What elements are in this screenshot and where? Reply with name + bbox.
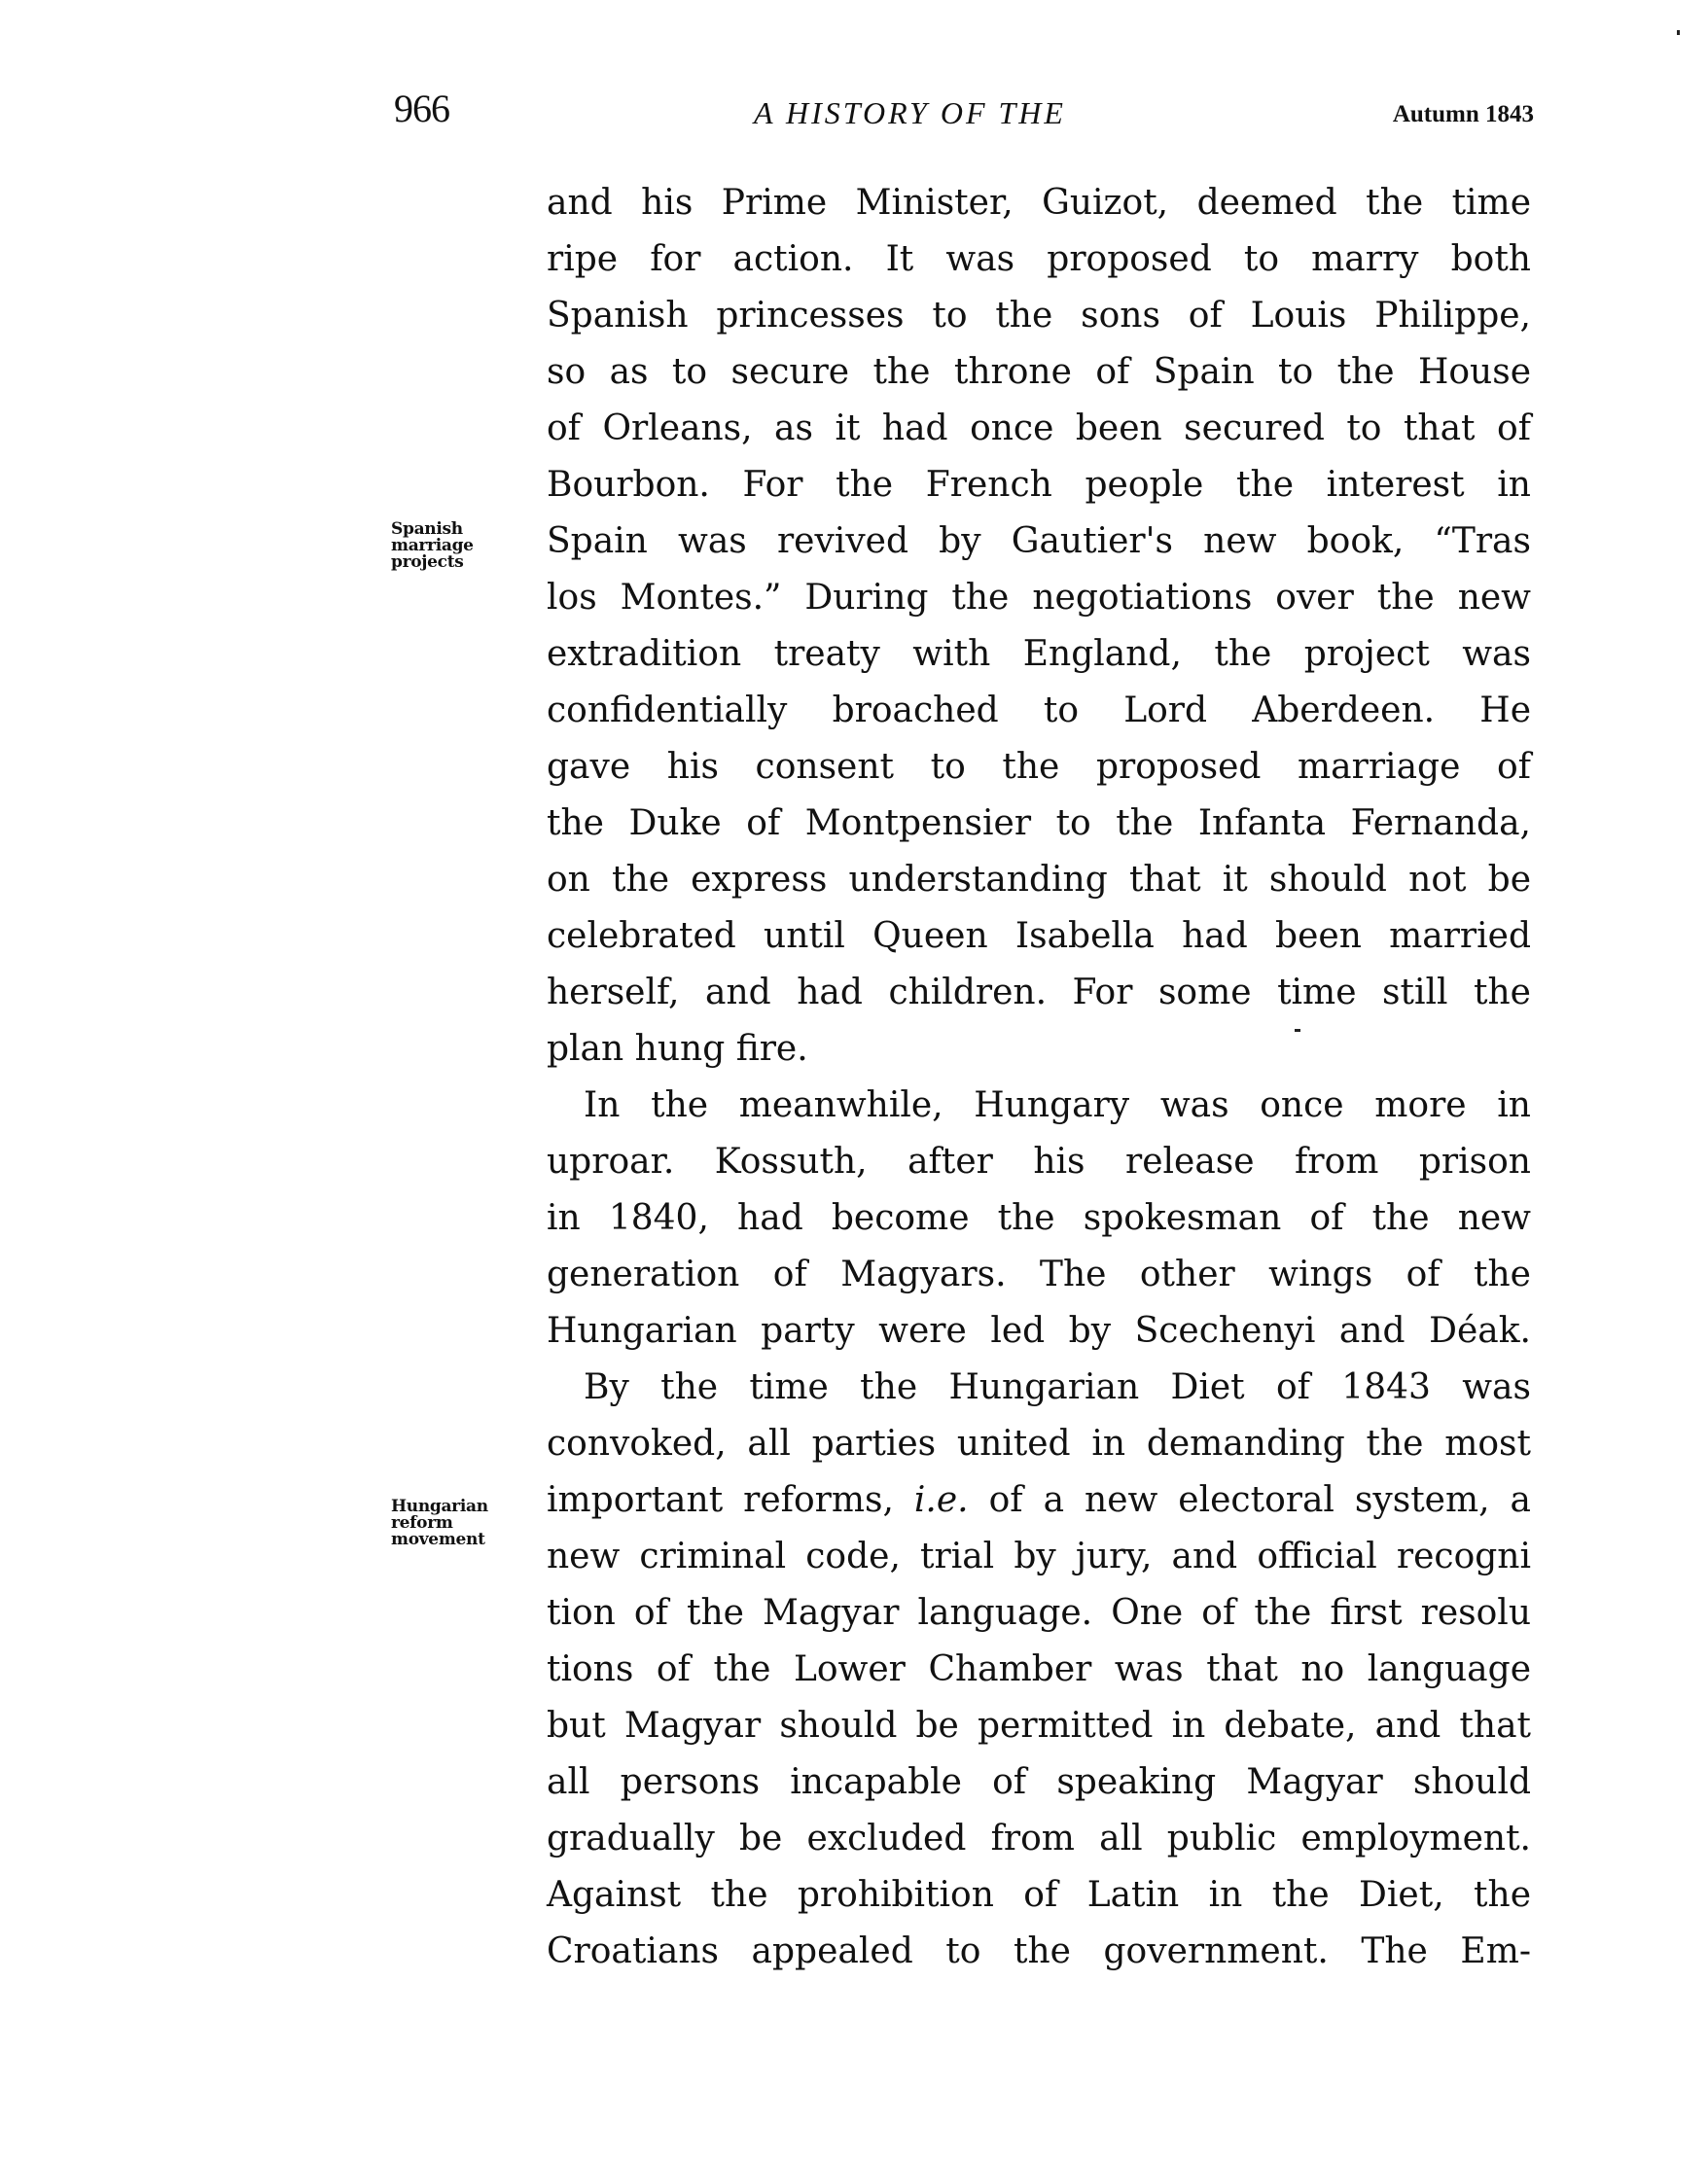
text-line: celebrated until Queen Isabella had been… xyxy=(547,908,1531,965)
running-date: Autumn 1843 xyxy=(1393,91,1534,138)
running-head: 966 A HISTORY OF THE Autumn 1843 xyxy=(394,86,1534,132)
text-line: Hungarian party were led by Scechenyi an… xyxy=(547,1303,1531,1360)
text-line: in 1840, had become the spokesman of the… xyxy=(547,1190,1531,1247)
text-line: on the express understanding that it sho… xyxy=(547,852,1531,908)
text-line: Spain was revived by Gautier's new book,… xyxy=(547,513,1531,570)
text-line: confidentially broached to Lord Aberdeen… xyxy=(547,683,1531,739)
text-line: Bourbon. For the French people the inter… xyxy=(547,457,1531,513)
text-line: ripe for action. It was proposed to marr… xyxy=(547,231,1531,288)
text-line: the Duke of Montpensier to the Infanta F… xyxy=(547,796,1531,852)
text-line: generation of Magyars. The other wings o… xyxy=(547,1247,1531,1303)
text-segment-italic: i.e. xyxy=(914,1480,969,1520)
text-line: but Magyar should be permitted in debate… xyxy=(547,1698,1531,1754)
text-line: and his Prime Minister, Guizot, deemed t… xyxy=(547,175,1531,231)
sidenote-hungarian-reform-movement: Hungarian reform movement xyxy=(391,1499,488,1548)
page-number: 966 xyxy=(394,86,449,132)
scan-speck xyxy=(1677,30,1680,35)
text-line: los Montes.” During the negotiations ove… xyxy=(547,570,1531,626)
text-line: Croatians appealed to the government. Th… xyxy=(547,1924,1531,1980)
text-line: new criminal code, trial by jury, and of… xyxy=(547,1529,1531,1585)
text-line: gradually be excluded from all public em… xyxy=(547,1811,1531,1867)
sidenote-line: projects xyxy=(391,554,474,571)
sidenote-line: movement xyxy=(391,1532,488,1548)
text-line: of Orleans, as it had once been secured … xyxy=(547,401,1531,457)
sidenote-spanish-marriage-projects: Spanish marriage projects xyxy=(391,521,474,571)
text-line: Spanish princesses to the sons of Louis … xyxy=(547,288,1531,344)
text-line: Against the prohibition of Latin in the … xyxy=(547,1867,1531,1924)
running-title: A HISTORY OF THE xyxy=(754,89,1066,136)
text-line: In the meanwhile, Hungary was once more … xyxy=(547,1078,1531,1134)
text-line: all persons incapable of speaking Magyar… xyxy=(547,1754,1531,1811)
document-page: 966 A HISTORY OF THE Autumn 1843 Spanish… xyxy=(0,0,1708,2159)
text-line: By the time the Hungarian Diet of 1843 w… xyxy=(547,1360,1531,1416)
text-line: important reforms, i.e. of a new elector… xyxy=(547,1472,1531,1529)
text-line: herself, and had children. For some time… xyxy=(547,965,1531,1021)
text-line: tion of the Magyar language. One of the … xyxy=(547,1585,1531,1642)
text-line: plan hung fire. xyxy=(547,1021,1531,1078)
text-line: convoked, all parties united in demandin… xyxy=(547,1416,1531,1472)
text-line: so as to secure the throne of Spain to t… xyxy=(547,344,1531,401)
text-segment: important reforms, xyxy=(547,1480,894,1520)
text-line: tions of the Lower Chamber was that no l… xyxy=(547,1642,1531,1698)
text-line: gave his consent to the proposed marriag… xyxy=(547,739,1531,796)
scan-speck xyxy=(1295,1029,1300,1032)
text-line: extradition treaty with England, the pro… xyxy=(547,626,1531,683)
text-line: uproar. Kossuth, after his release from … xyxy=(547,1134,1531,1190)
text-segment: of a new electoral system, a xyxy=(989,1480,1531,1520)
